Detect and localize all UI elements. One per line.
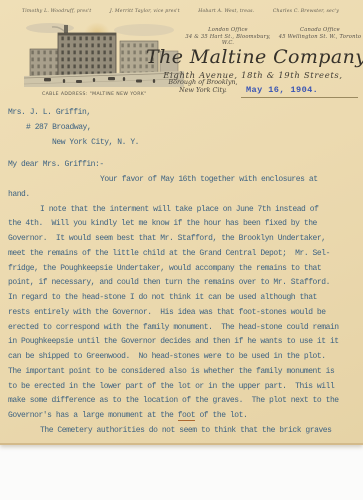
letter-line: can be shipped to Greenwood. No head-sto…	[8, 350, 359, 365]
letter-line: hand.	[8, 188, 359, 203]
underline-post: of the lot.	[195, 411, 247, 420]
officer-name: J. Merritt Taylor, vice pres't	[110, 9, 180, 14]
cable-address: CABLE ADDRESS: "MALTINE NEW YORK"	[42, 92, 147, 97]
canada-office-line2: 45 Wellington St. W., Toronto	[276, 34, 363, 41]
canada-office-address: Canada Office 45 Wellington St. W., Toro…	[276, 27, 363, 40]
officer-name: Timothy L. Woodruff, pres't	[22, 9, 91, 14]
letter-line: rests entirely with the Governor. His id…	[8, 306, 359, 321]
recipient-city: New York City, N. Y.	[52, 138, 139, 147]
letter-line: make some difference as to the location …	[8, 394, 359, 409]
letter-body: Your favor of May 16th together with enc…	[8, 173, 359, 439]
letter-line: meet the remains of the little child at …	[8, 247, 359, 262]
recipient-name: Mrs. J. L. Griffin,	[8, 108, 91, 117]
letter-line: I note that the interment will take plac…	[8, 203, 359, 218]
letter-line-with-underline: Governor's has a large monument at the f…	[8, 409, 359, 424]
letter-line: to be erected in the lower part of the l…	[8, 380, 359, 395]
underline-pre: Governor's has a large monument at the	[8, 411, 178, 420]
underlined-word: foot	[178, 411, 195, 421]
letter-line: The Cemetery authorities do not seem to …	[8, 424, 359, 439]
letter-line: erected to correspond with the family mo…	[8, 321, 359, 336]
letter-line: the 4th. Will you kindly let me know if …	[8, 217, 359, 232]
date-underline-rule	[241, 97, 358, 98]
letter-line: Your favor of May 16th together with enc…	[8, 173, 359, 188]
recipient-street: # 287 Broadway,	[26, 123, 91, 132]
letter-date: May 16, 1904.	[246, 85, 318, 95]
borough-line: Borough of Brooklyn, New York City.	[158, 79, 248, 94]
letter-line: point, if necessary, and could then turn…	[8, 276, 359, 291]
letter-line: The important point to be considered als…	[8, 365, 359, 380]
letter-line: in Poughkeepsie until the Governor decid…	[8, 335, 359, 350]
officer-name: Hobart A. West, treas.	[198, 9, 254, 14]
borough-line2: New York City.	[158, 87, 248, 95]
salutation: My dear Mrs. Griffin:-	[8, 160, 104, 169]
officer-names-row: Timothy L. Woodruff, pres't J. Merritt T…	[22, 9, 339, 14]
letter-line: fridge, the Poughkeepsie Undertaker, wou…	[8, 262, 359, 277]
company-name: The Maltine Company,	[146, 46, 360, 68]
officer-name: Charles C. Brewster, sec'y	[273, 9, 339, 14]
london-office-address: London Office 34 & 35 Hart St., Bloomsbu…	[182, 27, 274, 47]
letter-paper: Timothy L. Woodruff, pres't J. Merritt T…	[0, 0, 363, 445]
letter-line: Governor. It would seem best that Mr. St…	[8, 232, 359, 247]
letter-line: In regard to the head-stone I do not thi…	[8, 291, 359, 306]
london-office-line2: 34 & 35 Hart St., Bloomsbury, W.C.	[182, 34, 274, 47]
